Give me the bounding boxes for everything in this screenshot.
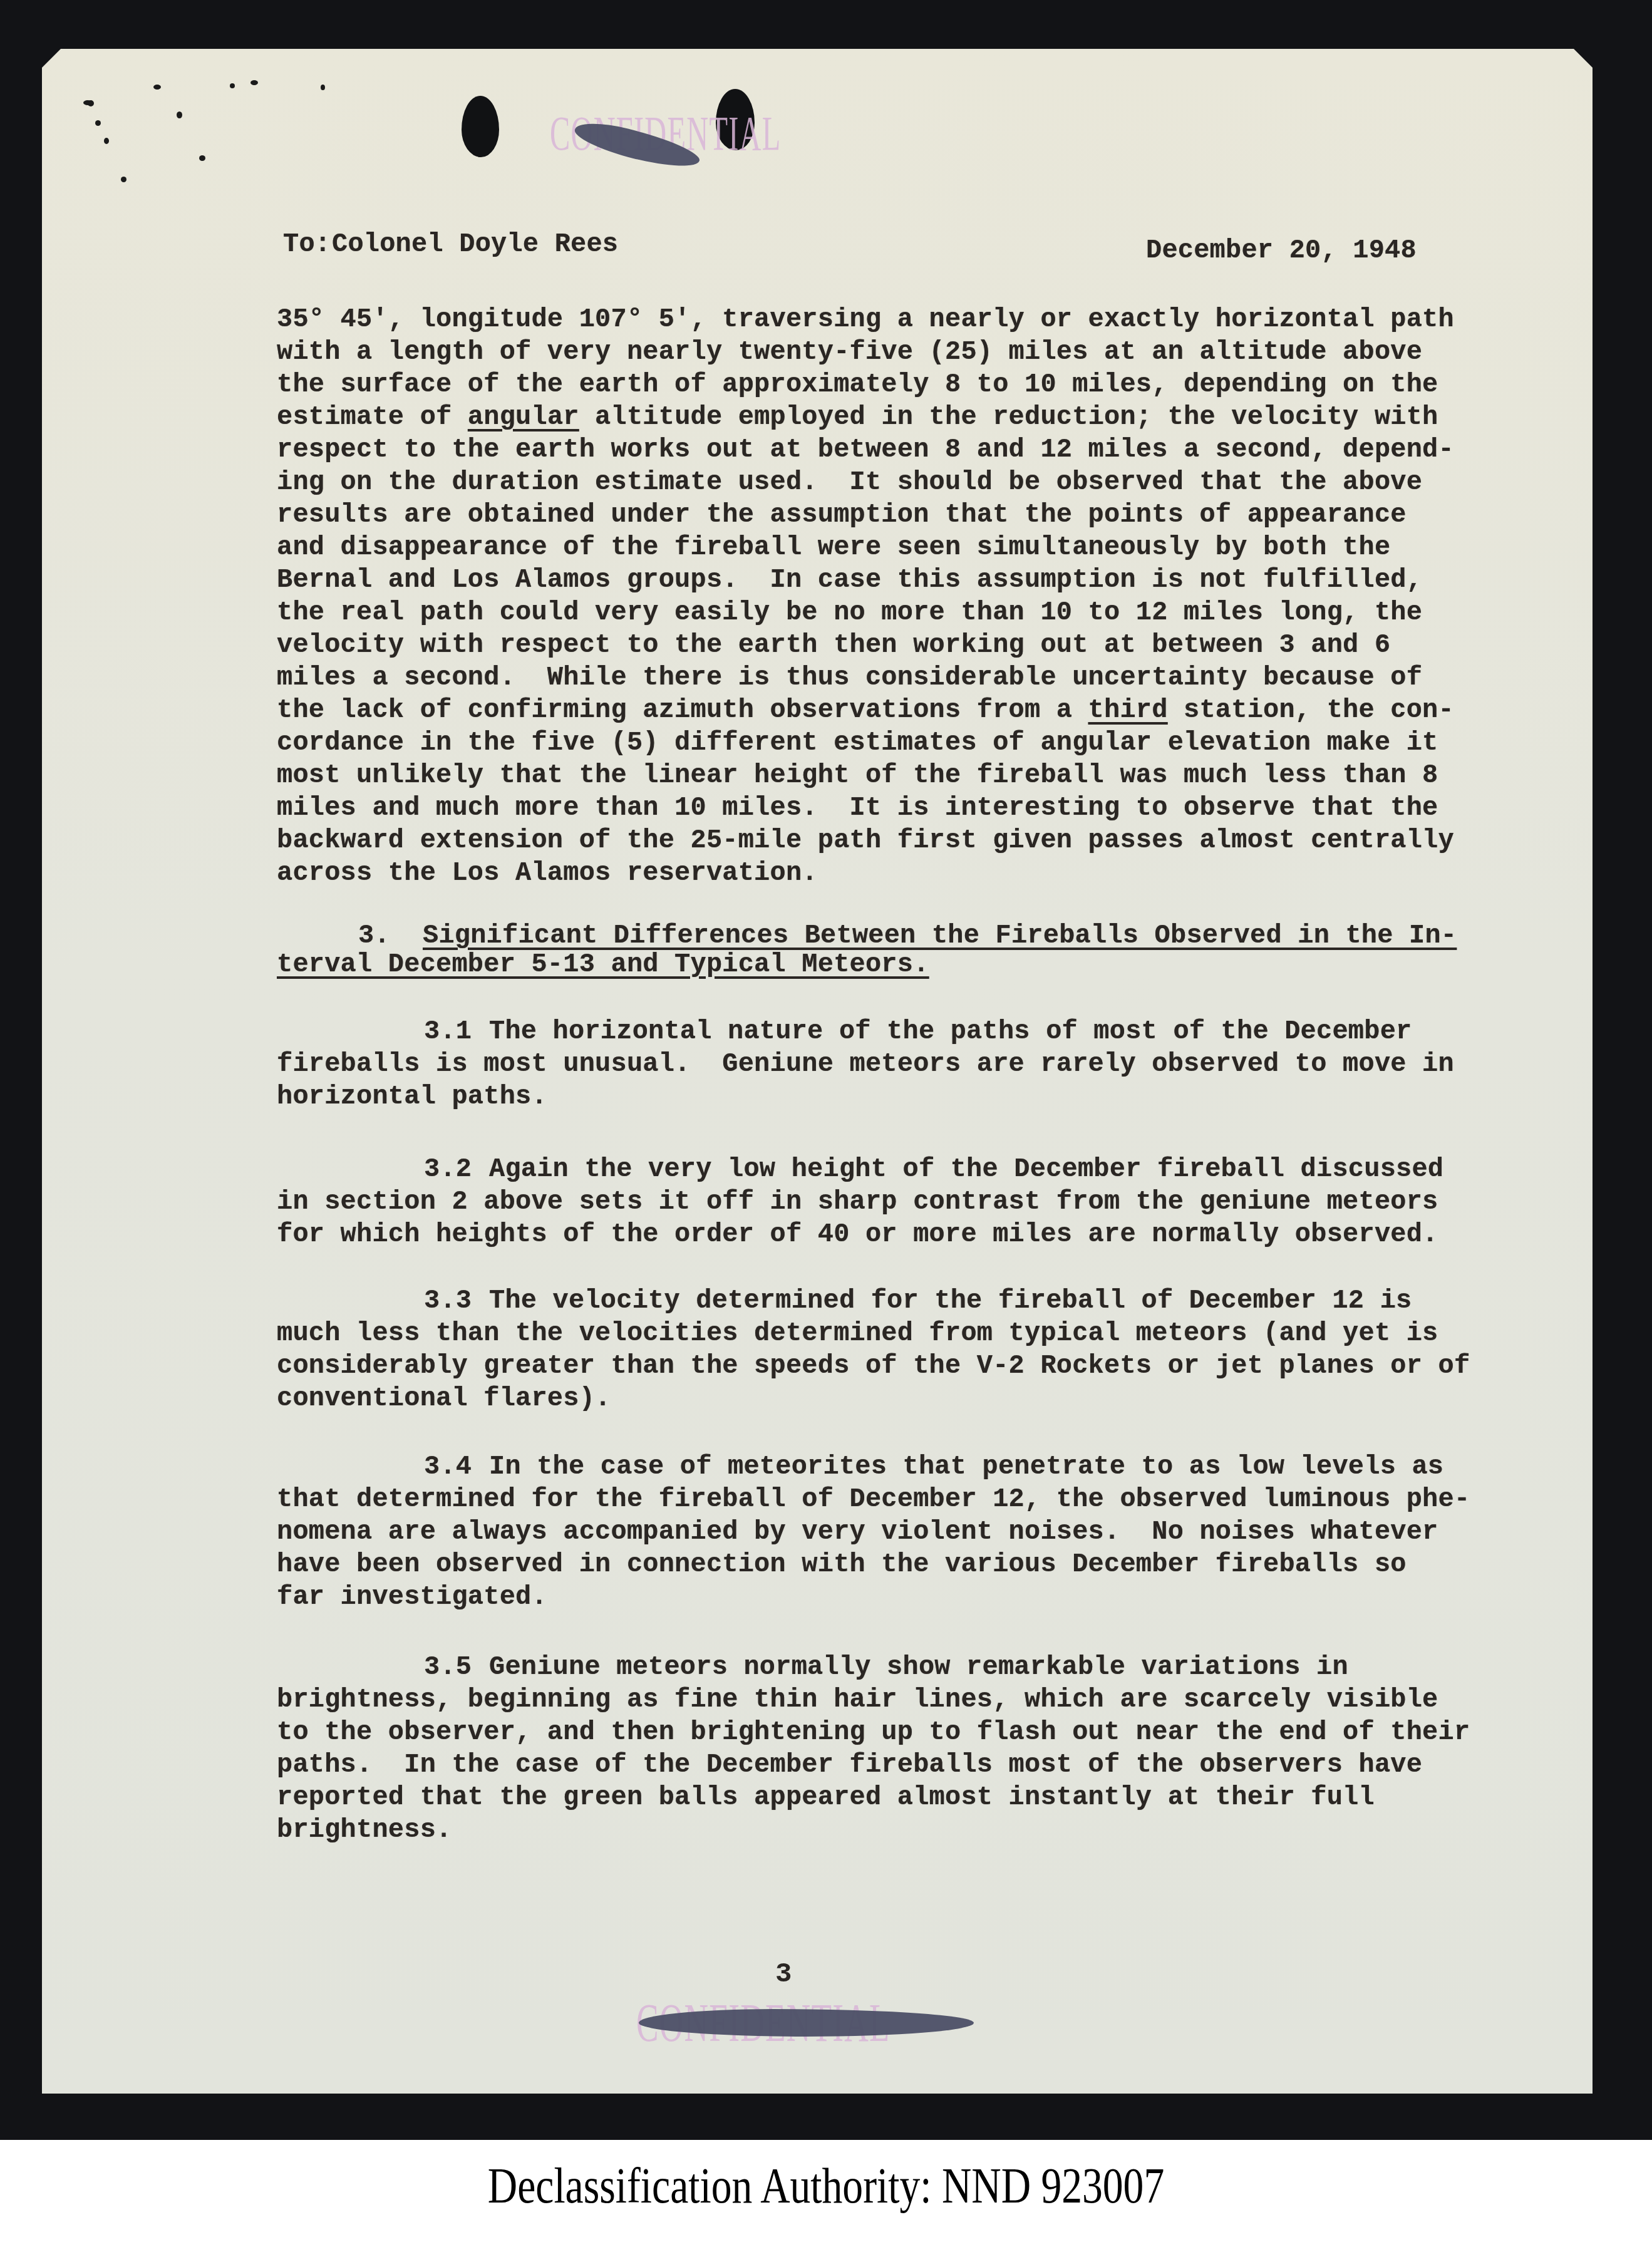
- declassification-caption: Declassification Authority: NND 923007: [148, 2158, 1503, 2215]
- body-line: brightness.: [277, 1814, 452, 1846]
- pin-hole: [199, 155, 205, 161]
- body-line: respect to the earth works out at betwee…: [277, 433, 1454, 466]
- body-line: and disappearance of the fireball were s…: [277, 531, 1390, 564]
- section-heading-line: terval December 5-13 and Typical Meteors…: [277, 948, 929, 981]
- underlined-word-third: third: [1088, 695, 1168, 725]
- underlined-word-angular: angular: [468, 402, 579, 432]
- punch-hole-left: [462, 96, 499, 157]
- body-line: ing on the duration estimate used. It sh…: [277, 466, 1422, 498]
- body-line: In the case of meteorites that penetrate…: [489, 1450, 1443, 1483]
- body-line: brightness, beginning as fine thin hair …: [277, 1683, 1438, 1716]
- body-line: fireballs is most unusual. Geniune meteo…: [277, 1048, 1454, 1080]
- body-text: altitude employed in the reduction; the …: [579, 402, 1438, 432]
- body-line: nomena are always accompanied by very vi…: [277, 1516, 1438, 1548]
- body-line: the lack of confirming azimuth observati…: [277, 694, 1454, 726]
- subsection-number: 3.2: [424, 1153, 472, 1185]
- body-text: the lack of confirming azimuth observati…: [277, 695, 1088, 725]
- page-number: 3: [775, 1959, 792, 1990]
- memo-to-label: To:: [283, 228, 331, 261]
- body-line: The velocity determined for the fireball…: [489, 1284, 1412, 1317]
- body-line: Again the very low height of the Decembe…: [489, 1153, 1443, 1185]
- pin-hole: [121, 177, 126, 182]
- body-line: velocity with respect to the earth then …: [277, 629, 1390, 661]
- body-line: Bernal and Los Alamos groups. In case th…: [277, 564, 1422, 596]
- subsection-number: 3.1: [424, 1015, 472, 1048]
- body-line: have been observed in connection with th…: [277, 1548, 1407, 1581]
- pin-hole: [95, 120, 101, 126]
- body-line: 35° 45', longitude 107° 5', traversing a…: [277, 303, 1454, 336]
- memo-recipient: Colonel Doyle Rees: [332, 228, 618, 261]
- body-line: with a length of very nearly twenty-five…: [277, 336, 1422, 368]
- body-line: backward extension of the 25-mile path f…: [277, 824, 1454, 857]
- pin-hole: [153, 85, 161, 90]
- body-line: across the Los Alamos reservation.: [277, 857, 818, 889]
- pin-hole: [321, 85, 325, 90]
- body-line: that determined for the fireball of Dece…: [277, 1483, 1470, 1516]
- body-line: horizontal paths.: [277, 1080, 547, 1113]
- body-line: to the observer, and then brightening up…: [277, 1716, 1470, 1749]
- pin-hole: [104, 138, 109, 144]
- body-line: considerably greater than the speeds of …: [277, 1350, 1470, 1382]
- body-line: most unlikely that the linear height of …: [277, 759, 1438, 792]
- subsection-number: 3.4: [424, 1450, 472, 1483]
- body-line: much less than the velocities determined…: [277, 1317, 1438, 1350]
- body-line: the surface of the earth of approximatel…: [277, 368, 1438, 401]
- pin-hole: [230, 83, 235, 88]
- body-line: reported that the green balls appeared a…: [277, 1781, 1375, 1814]
- marker-strike-bottom: [639, 2009, 974, 2037]
- body-line: cordance in the five (5) different estim…: [277, 726, 1438, 759]
- body-line: far investigated.: [277, 1581, 547, 1613]
- body-line: for which heights of the order of 40 or …: [277, 1218, 1438, 1251]
- body-line: Geniune meteors normally show remarkable…: [489, 1651, 1348, 1683]
- body-line: The horizontal nature of the paths of mo…: [489, 1015, 1412, 1048]
- subsection-number: 3.3: [424, 1284, 472, 1317]
- subsection-number: 3.5: [424, 1651, 472, 1683]
- body-line: paths. In the case of the December fireb…: [277, 1749, 1422, 1781]
- body-line: miles and much more than 10 miles. It is…: [277, 792, 1438, 824]
- body-line: results are obtained under the assumptio…: [277, 498, 1407, 531]
- body-text: estimate of: [277, 402, 468, 432]
- body-text: station, the con-: [1168, 695, 1454, 725]
- section-number: 3.: [358, 919, 390, 952]
- pin-hole: [88, 100, 94, 106]
- body-line: conventional flares).: [277, 1382, 611, 1415]
- body-line: miles a second. While there is thus cons…: [277, 661, 1422, 694]
- memo-date: December 20, 1948: [1146, 234, 1417, 267]
- section-heading-line: Significant Differences Between the Fire…: [423, 919, 1457, 952]
- body-line: in section 2 above sets it off in sharp …: [277, 1185, 1438, 1218]
- pin-hole: [177, 111, 182, 118]
- pin-hole: [250, 80, 258, 85]
- body-line: the real path could very easily be no mo…: [277, 596, 1422, 629]
- body-line: estimate of angular altitude employed in…: [277, 401, 1438, 433]
